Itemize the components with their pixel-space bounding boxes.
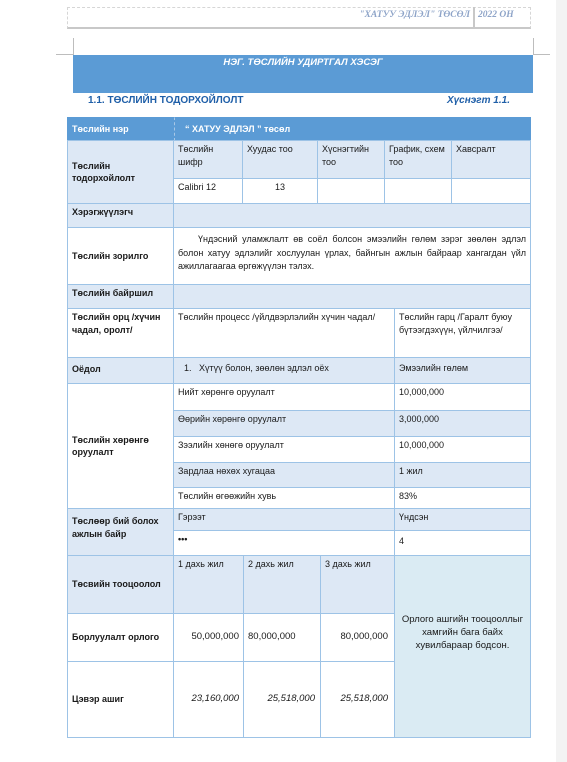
process-text: Төслийн процесс /үйлдвэрлэлийн хүчин чад… <box>173 308 395 358</box>
investment-row-value: 10,000,000 <box>394 383 531 411</box>
investment-label: Төслийн хөрөнгө оруулалт <box>67 383 174 509</box>
investment-row-name: Төслийн өгөөжийн хувь <box>173 487 395 509</box>
table-caption: Хүснэгт 1.1. <box>430 95 510 106</box>
investment-row-name: Зээлийн хөнөгө оруулалт <box>173 436 395 463</box>
header-year: 2022 ОН <box>478 10 528 20</box>
sewing-item: 1. Хүтүү болон, зөөлөн эдлэл оёх <box>173 357 395 384</box>
description-header: Төслийн шифр <box>173 140 243 179</box>
sewing-product: Эмээлийн гөлөм <box>394 357 531 384</box>
description-header: Хуудас тоо <box>242 140 318 179</box>
page-margin <box>556 0 567 762</box>
budget-row-label: Борлуулалт орлого <box>67 613 174 662</box>
budget-note-text: Орлого ашгийн тооцооллыг хамгийн бага ба… <box>400 613 525 652</box>
description-label: Төслийн тодорхойлолт <box>67 140 174 204</box>
investment-row-name: Зардлаа нөхөх хугацаа <box>173 462 395 488</box>
budget-row-label: Цэвэр ашиг <box>67 661 174 738</box>
investment-row-value: 1 жил <box>394 462 531 488</box>
description-header: Хүснэгтийн тоо <box>317 140 385 179</box>
implementer-value <box>173 203 531 228</box>
name-value: “ ХАТУУ ЭДЛЭЛ ” төсөл <box>174 117 531 141</box>
budget-value: 80,000,000 <box>320 613 395 662</box>
description-header: График, схем тоо <box>384 140 452 179</box>
budget-value: 80,000,000 <box>243 613 321 662</box>
crop-mark <box>56 54 73 55</box>
budget-value: 50,000,000 <box>173 613 244 662</box>
description-value <box>451 178 531 204</box>
investment-row-name: Нийт хөрөнгө оруулалт <box>173 383 395 411</box>
section-title: 1.1. ТӨСЛИЙН ТОДОРХОЙЛОЛТ <box>88 95 243 106</box>
crop-mark <box>73 38 74 55</box>
banner-title: НЭГ. ТӨСЛИЙН УДИРТГАЛ ХЭСЭГ <box>73 57 533 68</box>
investment-row-name: Өөрийн хөрөнгө оруулалт <box>173 410 395 437</box>
jobs-permanent-value: 4 <box>394 530 531 556</box>
description-value <box>384 178 452 204</box>
output-text: Төслийн гарц /Гаралт буюу бүтээгдэхүүн, … <box>394 308 531 358</box>
header-divider <box>473 7 475 29</box>
budget-value: 23,160,000 <box>173 661 244 738</box>
budget-year: 3 дахь жил <box>320 555 395 614</box>
jobs-contract-value: ••• <box>173 530 395 556</box>
header-title: "ХАТУУ ЭДЛЭЛ" ТӨСӨЛ <box>330 10 470 20</box>
name-label: Төслийн нэр <box>67 117 174 141</box>
description-value <box>317 178 385 204</box>
implementer-label: Хэрэгжүүлэгч <box>67 203 174 228</box>
budget-year: 1 дахь жил <box>173 555 244 614</box>
sewing-label: Оёдол <box>67 357 174 384</box>
budget-value: 25,518,000 <box>320 661 395 738</box>
goal-value: Үндэсний уламжлалт өв соёл болсон эмээли… <box>173 227 531 285</box>
budget-value: 25,518,000 <box>243 661 321 738</box>
crop-mark <box>533 38 534 55</box>
input-label: Төслийн орц /хүчин чадал, оролт/ <box>67 308 174 358</box>
crop-mark <box>533 54 550 55</box>
description-value: Calibri 12 <box>173 178 243 204</box>
location-label: Төслийн байршил <box>67 284 174 309</box>
budget-label: Төсвийн тооцоолол <box>67 555 174 614</box>
budget-year: 2 дахь жил <box>243 555 321 614</box>
investment-row-value: 3,000,000 <box>394 410 531 437</box>
investment-row-value: 10,000,000 <box>394 436 531 463</box>
location-value <box>173 284 531 309</box>
goal-label: Төслийн зорилго <box>67 227 174 285</box>
jobs-permanent-header: Үндсэн <box>394 508 531 531</box>
description-value: 13 <box>242 178 318 204</box>
jobs-contract-header: Гэрээт <box>173 508 395 531</box>
jobs-label: Төслөөр бий болох ажлын байр <box>67 508 174 556</box>
investment-row-value: 83% <box>394 487 531 509</box>
description-header: Хавсралт <box>451 140 531 179</box>
